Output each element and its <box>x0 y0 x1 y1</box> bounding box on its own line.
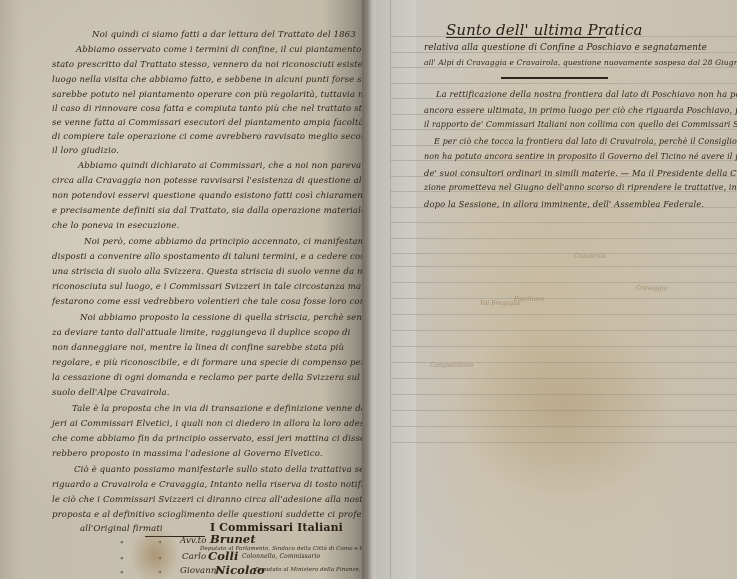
ruled-line <box>390 314 737 315</box>
ruled-line <box>390 83 737 84</box>
signatory-title: Deputato al Ministero della Finanze, Com… <box>255 567 366 573</box>
text-line: che come abbiamo fin da principio osserv… <box>52 434 366 444</box>
signatory-prefix: Carlo <box>182 552 206 562</box>
margin-line <box>390 0 391 579</box>
text-line: di compiere tale operazione ci come avre… <box>52 132 366 142</box>
text-line: Noi abbiamo proposto la cessione di quel… <box>80 313 365 323</box>
text-line: de' suoi consultori ordinari in simili m… <box>424 168 737 178</box>
text-line: non ha potuto ancora sentire in proposit… <box>424 152 737 161</box>
ditto-mark: " <box>120 570 124 579</box>
show-through-note: Val Bregaglia <box>480 300 521 307</box>
subtitle-line: relativa alla questione di Confine a Pos… <box>424 43 707 53</box>
text-line: Tale è la proposta che in via di transaz… <box>72 404 366 414</box>
text-line: E per ciò che tocca la frontiera dal lat… <box>434 137 737 146</box>
ruled-line <box>390 222 737 223</box>
text-line: e precisamente definiti sia dal Trattato… <box>52 206 366 216</box>
signatory-title: Colonnello, Commissario <box>242 553 320 560</box>
text-line: riguardo a Cravairola e Cravaggia, Intan… <box>52 480 366 490</box>
water-stain <box>130 525 180 579</box>
signatory-name: Colli <box>208 549 238 563</box>
text-line: disposti a convenire allo spostamento di… <box>52 252 366 262</box>
ruled-line <box>390 253 737 254</box>
ruled-line <box>390 238 737 239</box>
signatory-prefix: Avv.to <box>180 536 207 546</box>
text-line: Noi quindi ci siamo fatti a dar lettura … <box>92 30 356 40</box>
text-line: il caso di rinnovare cosa fatta e compiu… <box>52 104 366 114</box>
text-line: che lo poneva in esecuzione. <box>52 221 179 231</box>
signatory-prefix: Giovanni <box>180 566 219 576</box>
text-line: suolo dell'Alpe Cravairola. <box>52 388 170 398</box>
text-line: non potendovi esservi questione quando e… <box>52 191 366 201</box>
text-line: proposta e al definitivo scioglimento de… <box>52 510 366 520</box>
text-line: Ciò è quanto possiamo manifestarle sullo… <box>74 465 366 475</box>
aging-stain <box>454 320 674 500</box>
text-line: ancora essere ultimata, in primo luogo p… <box>424 105 737 115</box>
left-page: Noi quindi ci siamo fatti a dar lettura … <box>0 0 366 579</box>
right-page: Sunto dell' ultima Pratica relativa alla… <box>374 0 737 579</box>
text-line: circa alla Cravaggia non potesse ravvisa… <box>52 176 366 186</box>
text-line: dopo la Sessione, in allora imminente, d… <box>424 199 704 209</box>
ruled-line <box>390 298 737 299</box>
ruled-line <box>390 67 737 68</box>
separator-rule <box>501 77 608 79</box>
text-line: za deviare tanto dall'attuale limite, ra… <box>52 328 350 338</box>
signatory-name: Brunet <box>210 532 256 546</box>
text-line: jeri ai Commissari Elvetici, i quali non… <box>52 419 366 429</box>
text-line: la cessazione di ogni domanda e reclamo … <box>52 373 360 383</box>
text-line: non danneggiare noi, mentre la linea di … <box>52 343 344 353</box>
subtitle-line: all' Alpi di Cravaggia e Cravairola, que… <box>424 58 737 67</box>
text-line: sarebbe potuto nel piantamento operare c… <box>52 90 366 100</box>
text-line: Noi però, come abbiamo da principio acce… <box>84 237 366 247</box>
text-line: Abbiamo quindi dichiarato ai Commissari,… <box>78 161 366 171</box>
text-line: regolare, e più riconoscibile, e di form… <box>52 358 365 368</box>
text-line: stato prescritto dal Trattato stesso, ve… <box>52 60 366 70</box>
book-gutter <box>362 0 376 579</box>
text-line: riconosciuta sul luogo, e i Commissari S… <box>52 282 366 292</box>
ruled-line <box>390 282 737 283</box>
text-line: Abbiamo osservato come i termini di conf… <box>76 45 366 55</box>
text-line: zione prometteva nel Giugno dell'anno sc… <box>424 183 737 192</box>
margin-strip <box>374 0 416 579</box>
ruled-line <box>390 266 737 267</box>
text-line: una striscia di suolo alla Svizzera. Que… <box>52 267 366 277</box>
show-through-note: Cravaggia <box>636 285 667 292</box>
text-line: le ciò che i Commissari Svizzeri ci dira… <box>52 495 366 505</box>
title-underline <box>446 37 606 38</box>
text-line: il loro giudizio. <box>52 146 119 156</box>
text-line: luogo nella visita che abbiamo fatto, e … <box>52 75 365 85</box>
text-line: La rettificazione della nostra frontiera… <box>436 89 737 99</box>
text-line: festarono come essi vedrebbero volentier… <box>52 297 366 307</box>
ditto-mark: " <box>120 540 124 549</box>
ruled-line <box>390 129 737 130</box>
text-line: se venne fatta ai Commissari esecutori d… <box>52 118 364 128</box>
text-line: rebbero proposto in massima l'adesione a… <box>52 449 323 459</box>
show-through-note: Cravairola <box>574 253 606 260</box>
ditto-mark: " <box>120 556 124 565</box>
text-line: il rapporto de' Commissari Italiani non … <box>424 120 737 129</box>
